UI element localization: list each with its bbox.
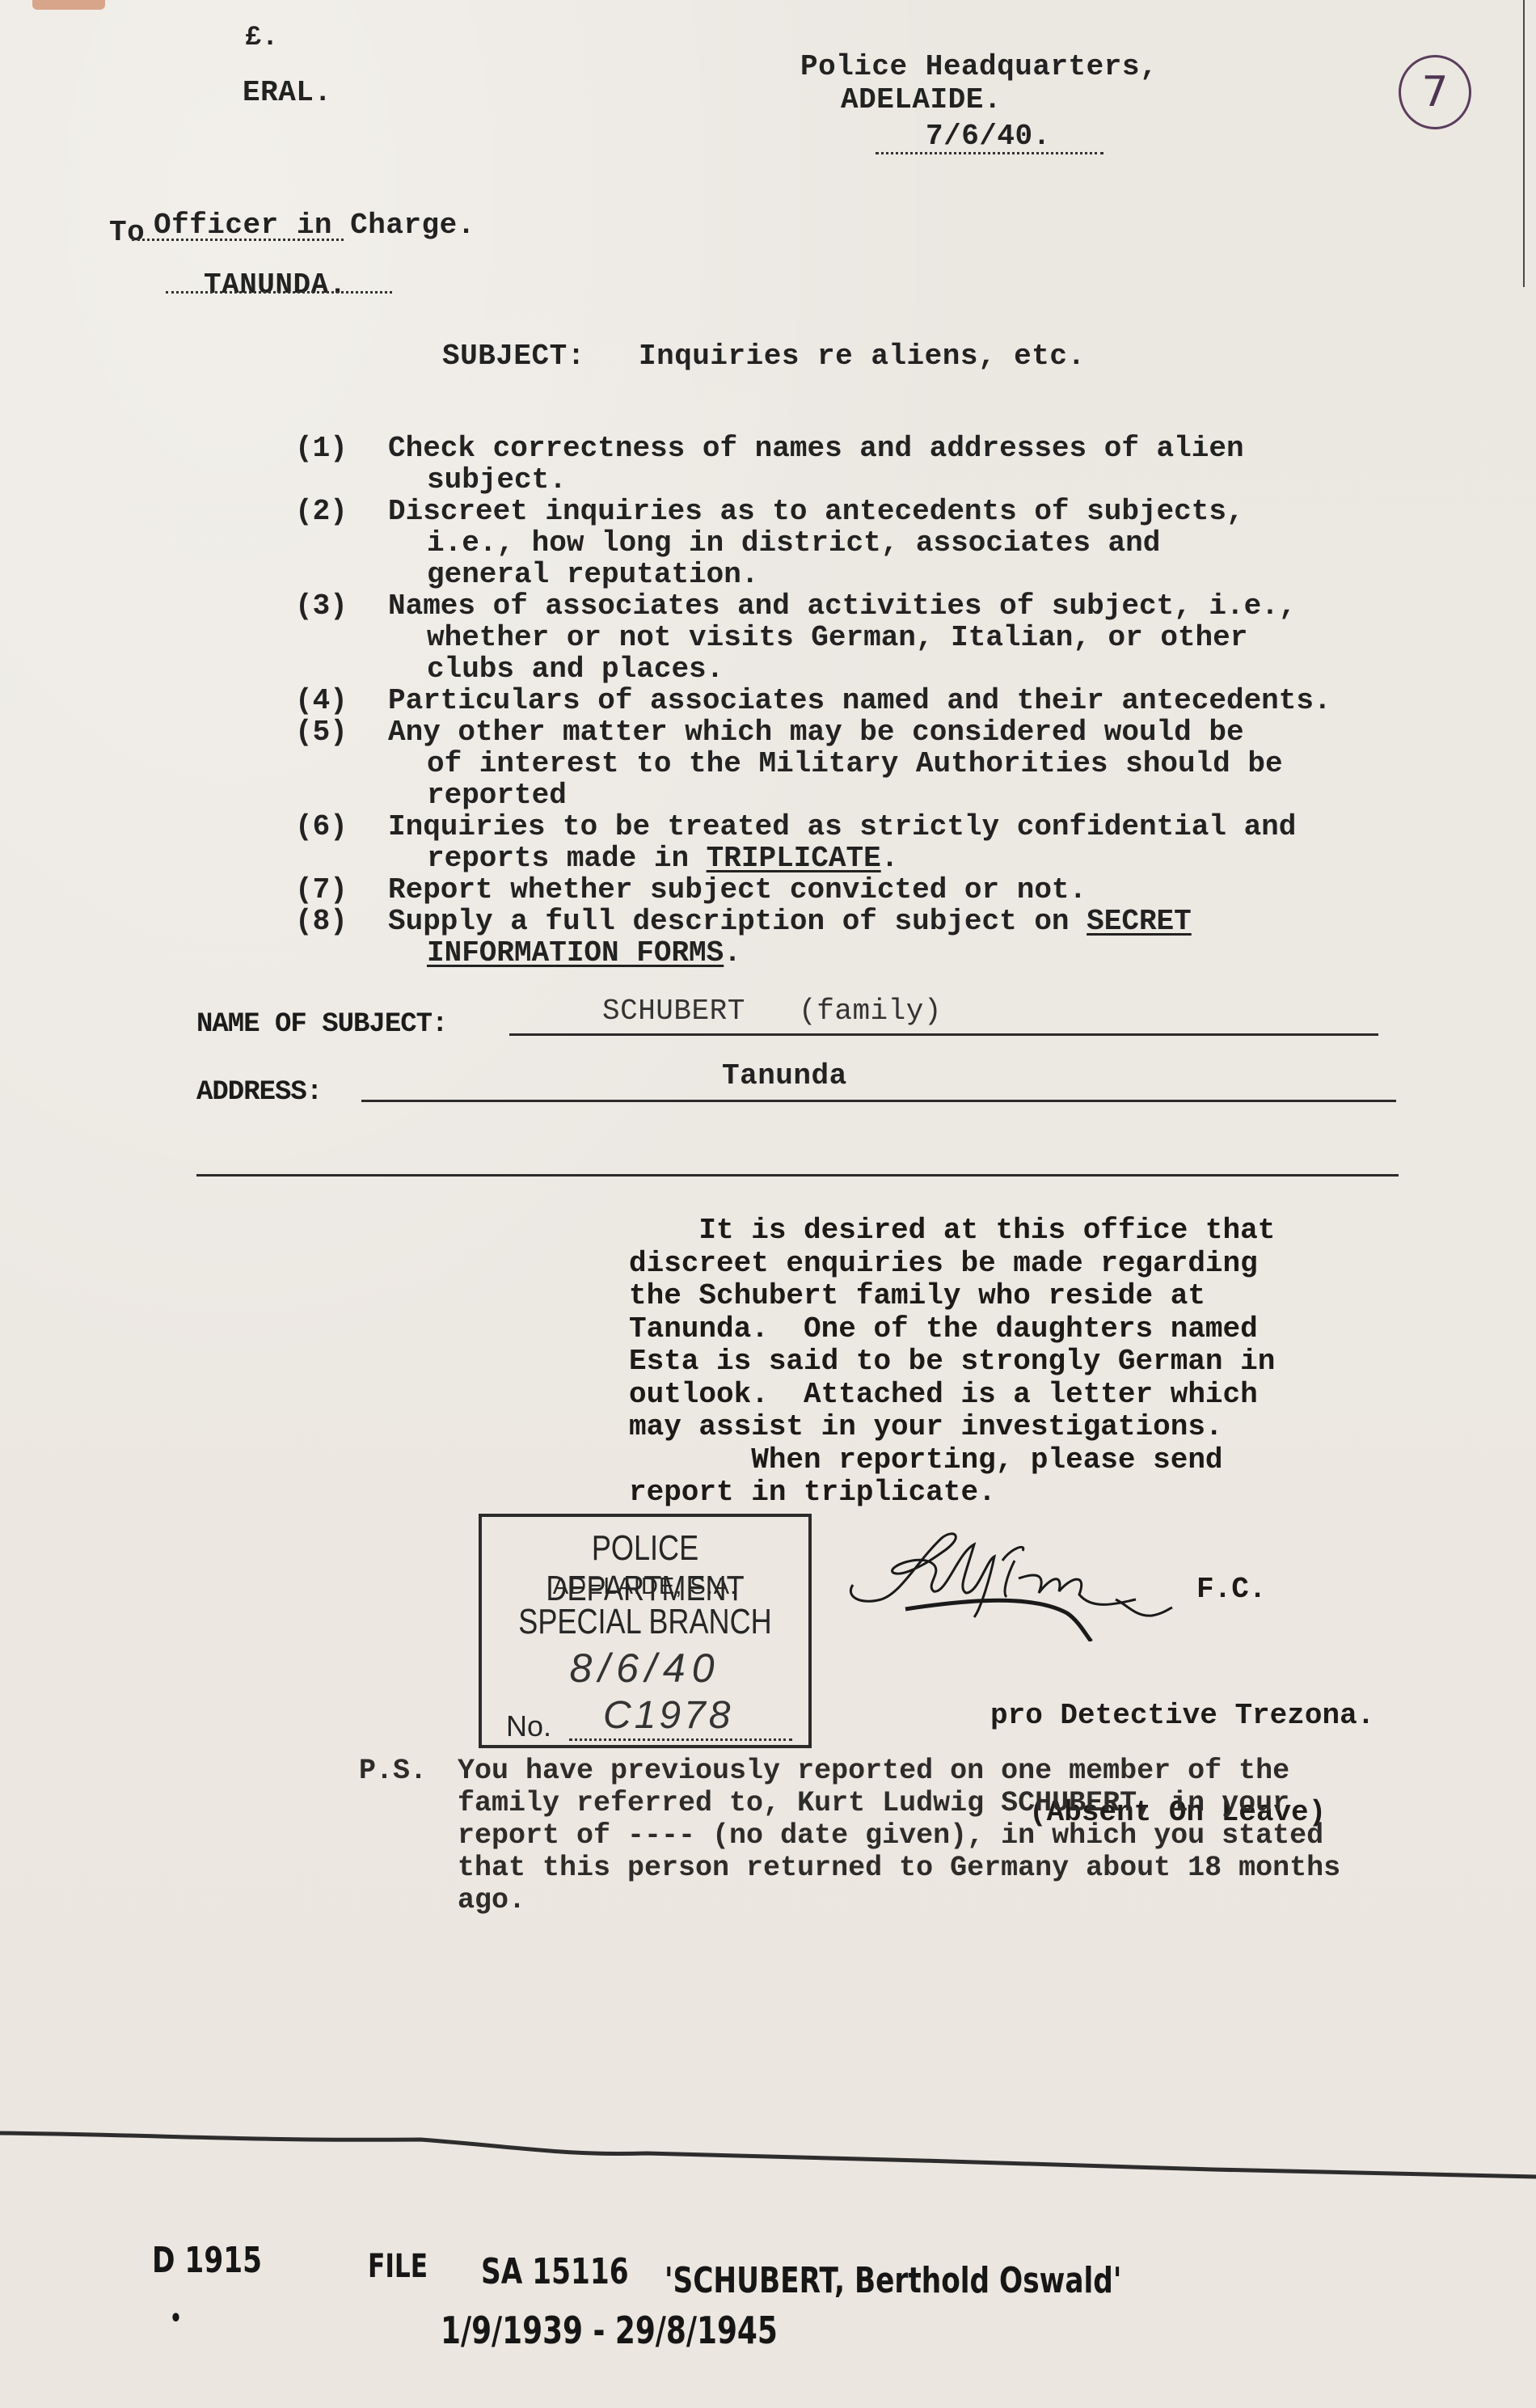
station-rule [166, 289, 392, 294]
folio-number-circle: 7 [1399, 55, 1471, 129]
body-line: outlook. Attached is a letter which [629, 1379, 1357, 1412]
stamp-number-rule [569, 1738, 792, 1741]
instruction-number: (8) [295, 906, 388, 969]
instruction-text: Inquiries to be treated as strictly conf… [388, 811, 1443, 874]
stamp-number-value: C1978 [603, 1693, 733, 1738]
instruction-item: (1)Check correctness of names and addres… [295, 433, 1443, 496]
address-value: Tanunda [722, 1059, 847, 1092]
instruction-number: (3) [295, 590, 388, 685]
archive-ref: D 1915 [152, 2240, 262, 2281]
instruction-item: (6)Inquiries to be treated as strictly c… [295, 811, 1443, 874]
instruction-text: Discreet inquiries as to antecedents of … [388, 496, 1443, 590]
instruction-item: (8)Supply a full description of subject … [295, 906, 1443, 969]
postscript-line: family referred to, Kurt Ludwig SCHUBERT… [458, 1787, 1536, 1819]
body-line: report in triplicate. [629, 1476, 1357, 1510]
instruction-number: (2) [295, 496, 388, 590]
postscript-line: report of ---- (no date given), in which… [458, 1819, 1536, 1852]
instructions-list: (1)Check correctness of names and addres… [295, 433, 1443, 969]
postscript-line: ago. [458, 1884, 1536, 1916]
name-of-subject-value: SCHUBERT (family) [602, 995, 942, 1028]
postscript-label: P.S. [359, 1755, 448, 1787]
body-line: It is desired at this office that [629, 1215, 1357, 1248]
signature-icon [845, 1528, 1201, 1641]
instruction-item: (7)Report whether subject convicted or n… [295, 874, 1443, 906]
instruction-number: (7) [295, 874, 388, 906]
subject-label: SUBJECT: [442, 340, 585, 373]
stamp-line-2: ADELAIDE, S.A. [482, 1574, 808, 1600]
body-line: Tanunda. One of the daughters named [629, 1313, 1357, 1346]
archive-mark: • [170, 2304, 182, 2333]
instruction-number: (4) [295, 685, 388, 716]
body-line: discreet enquiries be made regarding [629, 1248, 1357, 1281]
body-line: When reporting, please send [629, 1444, 1357, 1477]
pro-detective-name: Detective Trezona. [1060, 1699, 1374, 1732]
addressee-station: TANUNDA. [204, 268, 347, 302]
stamp-number-label: No. [506, 1709, 551, 1743]
partial-top-mark: £. [245, 23, 279, 53]
postscript-line: You have previously reported on one memb… [458, 1755, 1536, 1787]
postscript-line: that this person returned to Germany abo… [458, 1852, 1536, 1884]
instruction-text: Supply a full description of subject on … [388, 906, 1443, 969]
instruction-text: Check correctness of names and addresses… [388, 433, 1443, 496]
instruction-item: (5)Any other matter which may be conside… [295, 716, 1443, 811]
instruction-item: (2)Discreet inquiries as to antecedents … [295, 496, 1443, 590]
to-label: To [109, 216, 145, 249]
document-page: £. ERAL. Police Headquarters, ADELAIDE. … [0, 0, 1536, 2408]
office-city: ADELAIDE. [841, 83, 1002, 116]
fold-line [0, 2125, 1536, 2190]
office-name: Police Headquarters, [800, 50, 1158, 83]
special-branch-stamp: POLICE DEPARTMENT ADELAIDE, S.A. SPECIAL… [479, 1514, 812, 1748]
instruction-text: Particulars of associates named and thei… [388, 685, 1443, 716]
signature-rank-suffix: F.C. [1196, 1573, 1266, 1606]
body-line: Esta is said to be strongly German in [629, 1346, 1357, 1379]
body-line: the Schubert family who reside at [629, 1280, 1357, 1313]
stamp-line-3: SPECIAL BRANCH [511, 1602, 779, 1642]
archive-file-label: FILE [368, 2248, 428, 2285]
archive-date-range: 1/9/1939 - 29/8/1945 [441, 2309, 778, 2352]
address-field-rule [361, 1098, 1396, 1102]
address-label: ADDRESS: [196, 1077, 322, 1108]
instruction-text: Names of associates and activities of su… [388, 590, 1443, 685]
blank-field-rule [196, 1172, 1399, 1177]
stamp-received-date: 8/6/40 [482, 1645, 808, 1692]
pro-prefix: pro [990, 1699, 1043, 1732]
rust-stain [32, 0, 105, 10]
instruction-text: Any other matter which may be considered… [388, 716, 1443, 811]
archive-file-number: SA 15116 [481, 2251, 629, 2292]
instruction-number: (5) [295, 716, 388, 811]
instruction-item: (3)Names of associates and activities of… [295, 590, 1443, 685]
partial-header-text: ERAL. [243, 76, 332, 109]
page-edge-line [1523, 0, 1525, 287]
instruction-number: (6) [295, 811, 388, 874]
instruction-text: Report whether subject convicted or not. [388, 874, 1443, 906]
letter-date: 7/6/40. [926, 120, 1051, 153]
instruction-number: (1) [295, 433, 388, 496]
body-line: may assist in your investigations. [629, 1411, 1357, 1444]
subject-text: Inquiries re aliens, etc. [639, 340, 1086, 373]
archive-file-name: 'SCHUBERT, Berthold Oswald' [665, 2260, 1121, 2301]
instruction-item: (4)Particulars of associates named and t… [295, 685, 1443, 716]
addressee-rule [132, 237, 344, 241]
date-rule [876, 150, 1103, 154]
name-field-rule [509, 1032, 1378, 1036]
signature-block: F.C. [845, 1528, 1298, 1641]
folio-number: 7 [1421, 68, 1448, 116]
name-of-subject-label: NAME OF SUBJECT: [196, 1009, 447, 1040]
postscript-body: You have previously reported on one memb… [458, 1755, 1536, 1916]
body-paragraph: It is desired at this office thatdiscree… [629, 1215, 1357, 1510]
